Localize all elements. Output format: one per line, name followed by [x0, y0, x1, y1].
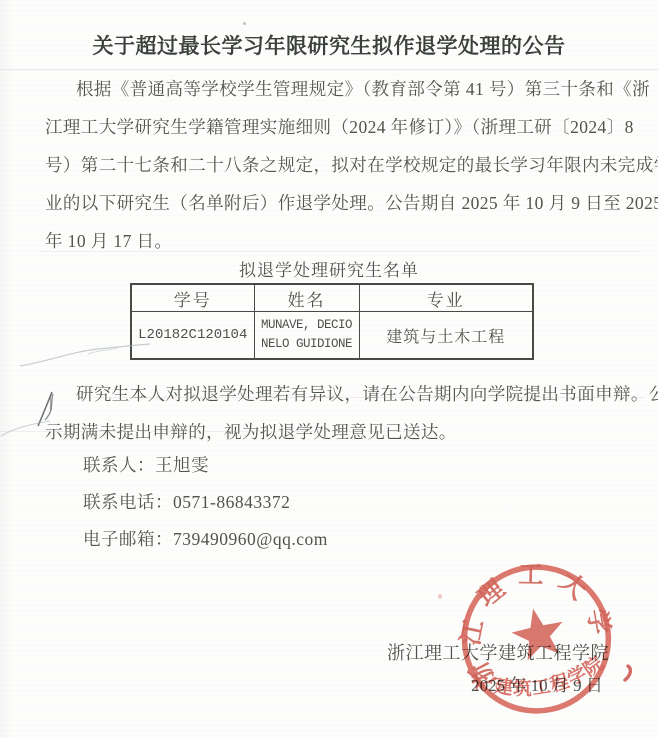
body-paragraph-appeal: 研究生本人对拟退学处理若有异议，请在公告期内向学院提出书面申辩。公 示期满未提出… — [45, 375, 615, 451]
column-header-name: 姓名 — [254, 284, 359, 312]
cell-major: 建筑与土木工程 — [359, 312, 533, 360]
seal-bottom-text: 建筑工程学院 — [488, 650, 610, 708]
paragraph-line: 年 10 月 17 日。 — [45, 222, 615, 260]
paragraph-line: 根据《普通高等学校学生管理规定》（教育部令第 41 号）第三十条和《浙 — [45, 70, 615, 108]
table-header-row: 学号 姓名 专业 — [131, 284, 533, 312]
paragraph-line: 示期满未提出申辩的，视为拟退学处理意见已送达。 — [45, 413, 615, 451]
scan-artifact-line — [0, 69, 658, 70]
paragraph-line: 业的以下研究生（名单附后）作退学处理。公告期自 2025 年 10 月 9 日至… — [45, 184, 615, 222]
scan-artifact-dot — [243, 22, 246, 25]
cell-student-name: MUNAVE, DECIO NELO GUIDIONE — [254, 312, 359, 360]
official-seal-stamp: 浙江理工大学 建筑工程学院 — [442, 543, 629, 730]
student-name-line1: MUNAVE, DECIO — [255, 316, 359, 335]
seal-star-icon — [508, 603, 569, 662]
scan-artifact-dot — [438, 594, 442, 599]
pen-scribble-mark — [18, 340, 153, 372]
contact-phone-line: 联系电话：0571-86843372 — [83, 489, 290, 514]
table-caption: 拟退学处理研究生名单 — [0, 256, 658, 281]
column-header-student-id: 学号 — [131, 284, 254, 312]
student-roster-table: 学号 姓名 专业 L20182C120104 MUNAVE, DECIO NEL… — [130, 283, 534, 360]
pen-scribble-mark — [0, 418, 52, 440]
table-row: L20182C120104 MUNAVE, DECIO NELO GUIDION… — [131, 312, 533, 360]
scan-artifact-line — [95, 397, 645, 398]
scan-artifact-line — [40, 251, 640, 252]
paragraph-line: 研究生本人对拟退学处理若有异议，请在公告期内向学院提出书面申辩。公 — [45, 375, 615, 413]
column-header-major: 专业 — [359, 284, 533, 312]
scanned-document-page: 关于超过最长学习年限研究生拟作退学处理的公告 根据《普通高等学校学生管理规定》（… — [0, 0, 658, 738]
document-title: 关于超过最长学习年限研究生拟作退学处理的公告 — [0, 30, 658, 60]
student-name-line2: NELO GUIDIONE — [255, 335, 359, 354]
paragraph-line: 江理工大学研究生学籍管理实施细则（2024 年修订）》（浙理工研〔2024〕8 — [45, 108, 615, 146]
body-paragraph-legal-basis: 根据《普通高等学校学生管理规定》（教育部令第 41 号）第三十条和《浙 江理工大… — [45, 70, 615, 260]
contact-person-line: 联系人：王旭雯 — [83, 452, 209, 477]
paragraph-line: 号）第二十七条和二十八条之规定，拟对在学校规定的最长学习年限内未完成学 — [45, 146, 615, 184]
contact-email-line: 电子邮箱：739490960@qq.com — [83, 526, 328, 551]
